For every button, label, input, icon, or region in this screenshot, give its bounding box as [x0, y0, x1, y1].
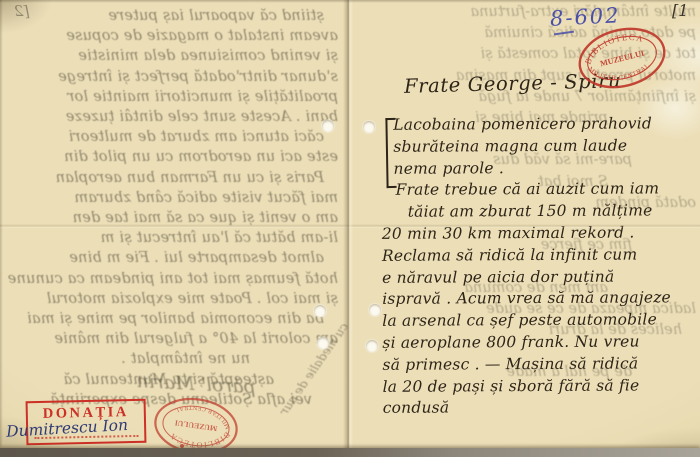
- ghost-line: bani . Aceste sunt cele dintâi țuzeze: [6, 107, 338, 127]
- ghost-line: li-am bătut că l'au întrecut și m: [6, 228, 338, 248]
- handwritten-line: Frate trebue că ai auzit cum iam: [396, 179, 696, 202]
- scanned-letter: știind că vapoarul iaș putereaveam insta…: [0, 0, 700, 457]
- punch-hole: [322, 120, 334, 132]
- classification-number: 8-602: [549, 3, 621, 31]
- paper-left-edge: [0, 0, 3, 457]
- paper-top-edge: [0, 0, 700, 3]
- ghost-line: și mai col . Poate mie explozia motorul: [6, 289, 338, 309]
- ghost-line: nu ne întâmplat .: [6, 349, 250, 369]
- ghost-line: hotă feumaș mai tot ani pindeam ca cunun…: [6, 269, 338, 289]
- handwritten-line: ispravă . Acum vrea să mă angajeze: [382, 288, 696, 311]
- handwritten-line: și aeroplane 800 frank. Nu vreu: [382, 331, 696, 354]
- verso-page-number: [2: [14, 2, 29, 20]
- donation-stamp: DONAȚIA Dumitrescu Ion: [26, 399, 147, 446]
- recto-page-number: [1: [672, 1, 688, 20]
- ghost-line: proalitățile și muncitorii maintie lor: [6, 87, 338, 107]
- handwritten-line: la 20 de pași și sboră fără să fie: [383, 375, 697, 398]
- ghost-line: aveam instalat o magazie de copuse: [6, 26, 338, 46]
- handwritten-line: Lacobaina pomenicero prahovid: [393, 113, 695, 136]
- ghost-line: am colorit la 40° a fulgerul din mânie: [6, 329, 338, 349]
- paper-bottom-edge: [0, 448, 700, 457]
- handwritten-line: 20 min 30 km maximal rekord .: [382, 222, 696, 245]
- handwritten-line: să primesc . — Mașina să ridică: [382, 353, 696, 376]
- ghost-line: am o venit și que ca să mai tae den: [6, 208, 338, 228]
- handwritten-line: la arsenal ca șef peste automobile: [382, 309, 696, 332]
- handwritten-line: Reclama să ridică la infinit cum: [382, 244, 696, 267]
- punch-hole: [317, 337, 329, 349]
- punch-hole: [369, 304, 381, 316]
- ghost-line: căci atunci am zburat de multeori: [6, 127, 324, 147]
- ghost-line: și venind comisiunea dela ministie: [6, 46, 338, 66]
- left-page-showthrough-text: știind că vapoarul iaș putereaveam insta…: [6, 6, 338, 410]
- ghost-line: Paris și cu un Farman bun aeroplan: [6, 168, 324, 188]
- punch-hole: [314, 305, 326, 317]
- ghost-line: ba din economia banilor pe mine și mai: [6, 309, 324, 329]
- punch-hole: [363, 121, 375, 133]
- punch-hole: [366, 340, 378, 352]
- handwritten-line: condusă: [383, 397, 697, 420]
- handwritten-line: tăiat am zburat 150 m nălțime: [408, 200, 696, 223]
- stamp-middle: MUZEULUI: [599, 49, 645, 69]
- ghost-line: s'dunar dintr'odată perfect și întrege: [6, 67, 338, 87]
- handwritten-line: sburăteina magna cum laude: [393, 135, 695, 158]
- ghost-line: știind că vapoarul iaș putere: [6, 6, 324, 26]
- ghost-line: almot desamparte lui . Fie m bine: [6, 248, 324, 268]
- ghost-line: este aci un aerodrom cu un pilot din: [6, 147, 338, 167]
- handwritten-line: nema parole .: [393, 157, 695, 180]
- ghost-line: mai făcut visite adică când zburam: [6, 188, 338, 208]
- handwritten-line: e năravul pe aicia dor puțină: [382, 266, 696, 289]
- letter-body: Lacobaina pomenicero prahovidsburăteina …: [381, 113, 697, 420]
